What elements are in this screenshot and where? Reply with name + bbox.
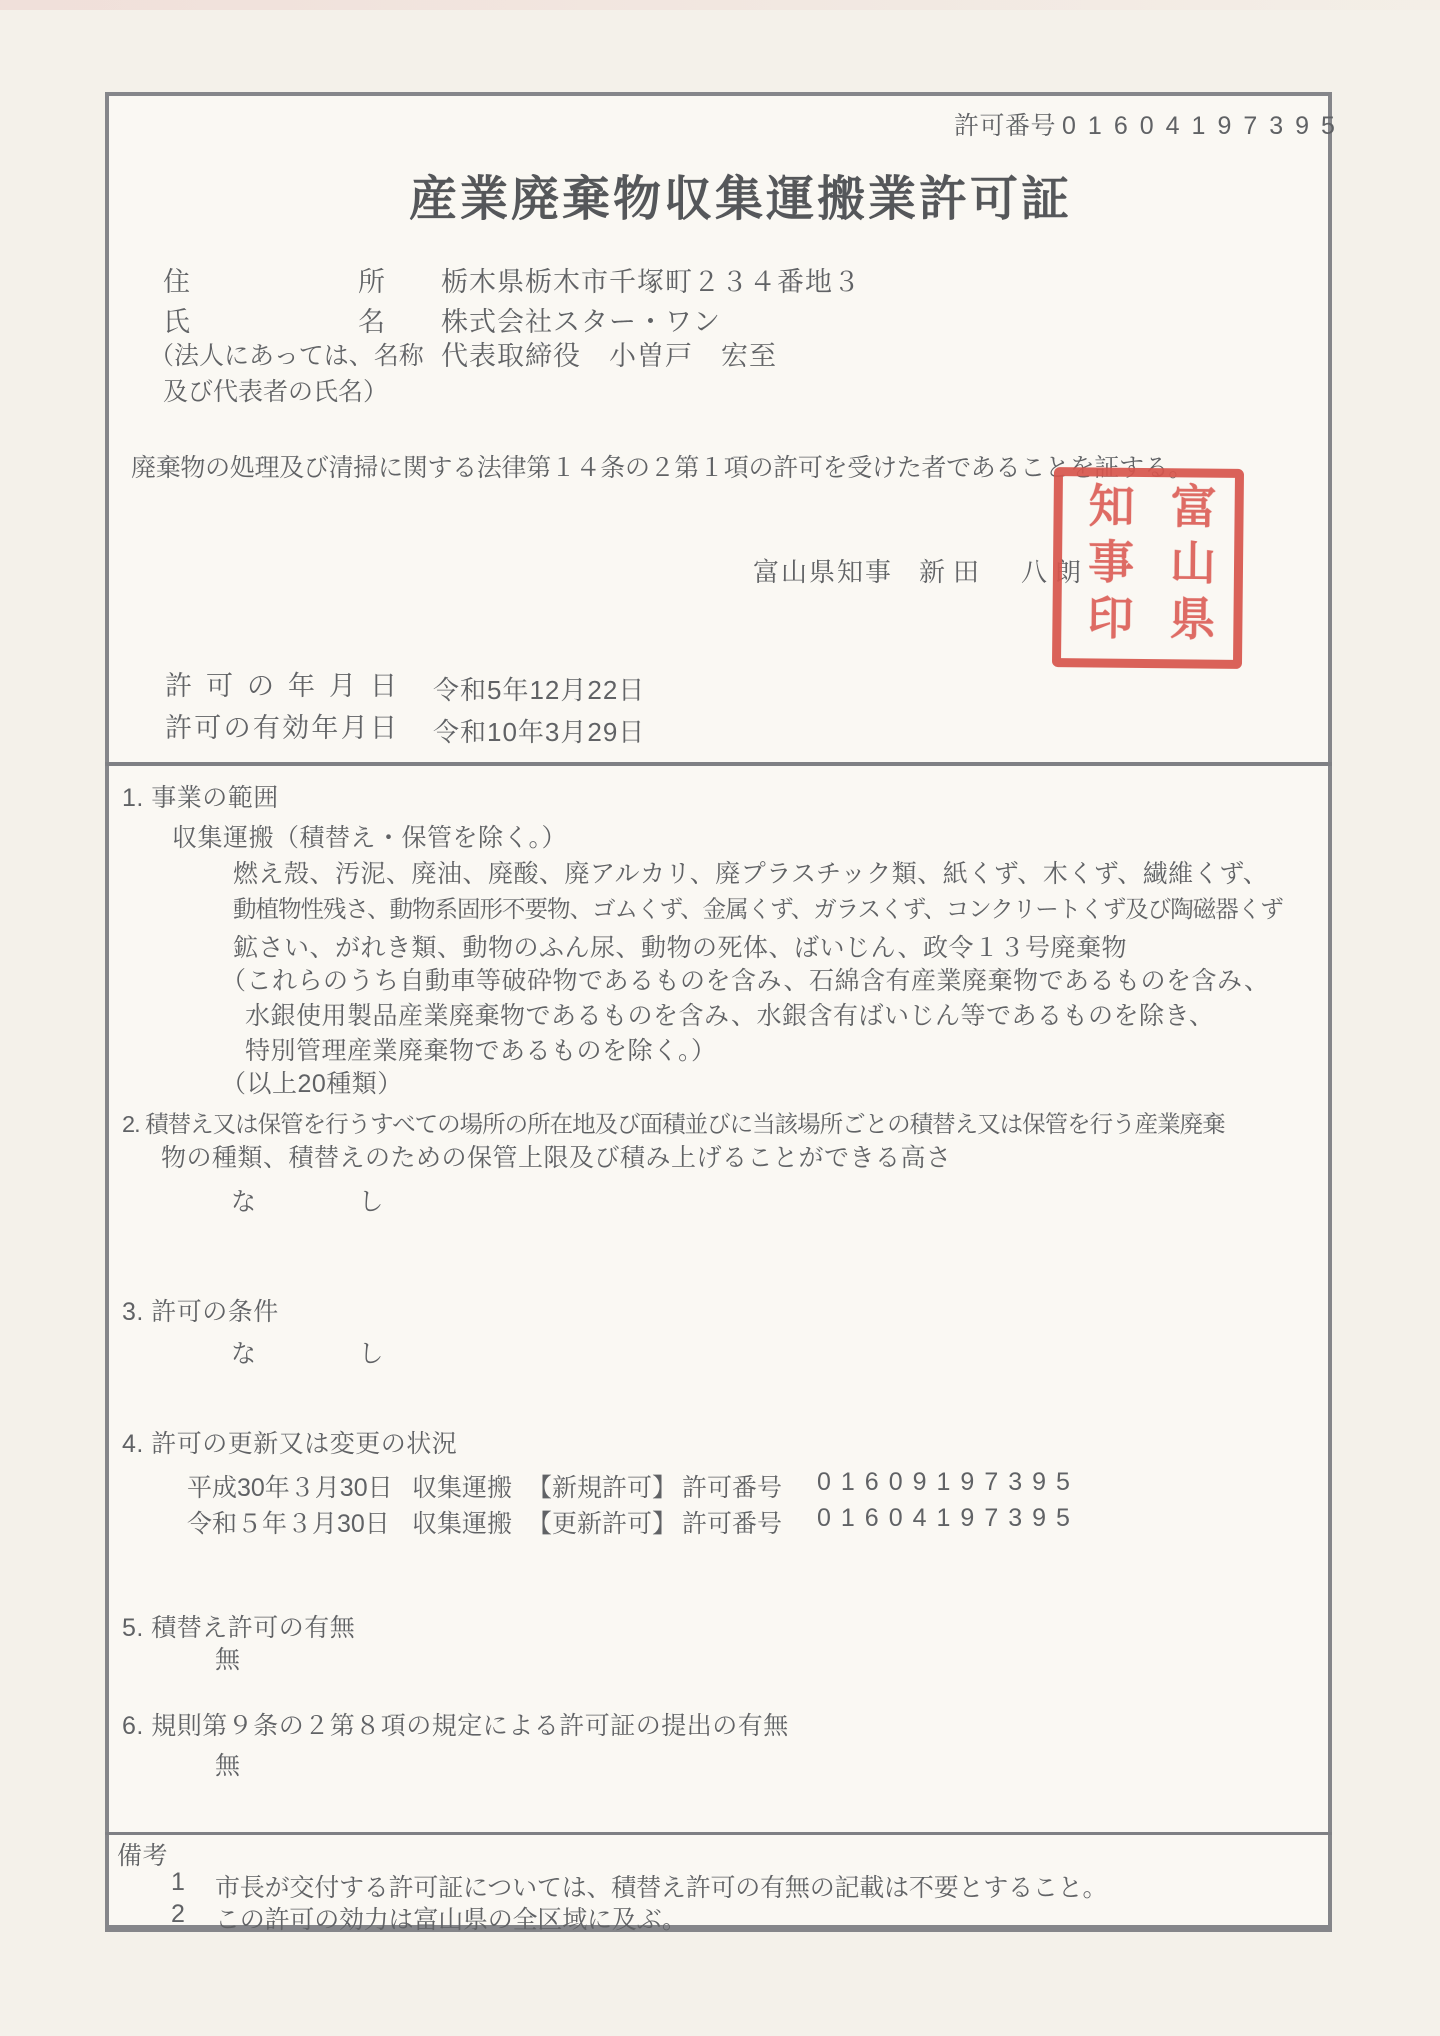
permit-number-line: 許可番号01604197395 [954,110,1347,142]
section1-subheading: 収集運搬（積替え・保管を除く。） [172,822,567,854]
corporate-note-line1: （法人にあっては、名称 [149,340,424,372]
history-kind: 【新規許可】 [527,1468,682,1504]
section3-value: な し [231,1338,384,1370]
corporate-note-line2: 及び代表者の氏名） [163,376,388,408]
seal-text: 富山県知事印 [1065,481,1231,655]
permit-number-label: 許可番号 [954,112,1056,140]
section1-item-line: 動植物性残さ、動物系固形不要物、ゴムくず、金属くず、ガラスくず、コンクリートくず… [233,893,1283,925]
section5-value: 無 [215,1644,241,1676]
section2-heading-line1: 2. 積替え又は保管を行うすべての場所の所在地及び面積並びに当該場所ごとの積替え… [122,1108,1225,1140]
certificate-document: 許可番号01604197395 産業廃棄物収集運搬業許可証 住所 栃木県栃木市千… [105,92,1332,1932]
history-permit-label: 許可番号 [682,1468,817,1504]
remarks-heading: 備考 [117,1840,168,1872]
section1-paren-line: 水銀使用製品産業廃棄物であるものを含み、水銀含有ばいじん等であるものを除き、 [245,1000,1215,1032]
representative-value: 代表取締役 小曽戸 宏至 [441,340,777,372]
remarks-divider [105,1832,1332,1835]
section5-heading: 5. 積替え許可の有無 [122,1612,355,1644]
section6-heading: 6. 規則第９条の２第８項の規定による許可証の提出の有無 [122,1710,789,1742]
section1-item-line: 鉱さい、がれき類、動物のふん尿、動物の死体、ばいじん、政令１３号廃棄物 [233,932,1127,964]
certification-statement: 廃棄物の処理及び清掃に関する法律第１４条の２第１項の許可を受けた者であることを証… [131,452,1193,484]
section2-value: な し [231,1186,384,1218]
history-date: 平成30年３月30日 [187,1468,412,1504]
grant-date-label: 許可の年月日 [165,670,397,702]
section1-item-line: 燃え殻、汚泥、廃油、廃酸、廃アルカリ、廃プラスチック類、紙くず、木くず、繊維くず… [233,858,1268,890]
remark-text: この許可の効力は富山県の全区域に及ぶ。 [215,1900,687,1936]
address-label: 住所 [163,266,385,298]
permit-history-row: 平成30年３月30日 収集運搬 【新規許可】 許可番号 01609197395 [187,1468,1080,1504]
history-category: 収集運搬 [412,1504,527,1540]
remark-number: 1 [171,1868,185,1897]
section1-paren-line: （これらのうち自動車等破砕物であるものを含み、石綿含有産業廃棄物であるものを含み… [221,965,1270,997]
section1-heading: 1. 事業の範囲 [122,782,279,814]
history-date: 令和５年３月30日 [187,1504,412,1540]
permit-history-row: 令和５年３月30日 収集運搬 【更新許可】 許可番号 01604197395 [187,1504,1080,1540]
section1-paren-line: 特別管理産業廃棄物であるものを除く。） [245,1035,717,1067]
governor-seal-stamp-icon: 富山県知事印 [1052,467,1244,669]
governor-line: 富山県知事新田 八朗 [753,556,1089,588]
section6-value: 無 [215,1750,241,1782]
history-permit-number: 01609197395 [817,1468,1080,1504]
name-value: 株式会社スター・ワン [441,306,721,338]
scanned-page: { "doc": { "permit_no_label": "許可番号", "p… [0,0,1440,2036]
history-permit-label: 許可番号 [682,1504,817,1540]
section1-paren-line: （以上20種類） [221,1068,403,1100]
name-label: 氏名 [163,306,385,338]
history-kind: 【更新許可】 [527,1504,682,1540]
remark-text: 市長が交付する許可証については、積替え許可の有無の記載は不要とすること。 [215,1868,1107,1904]
expiry-date-value: 令和10年3月29日 [433,712,645,749]
remark-number: 2 [171,1900,185,1929]
address-value: 栃木県栃木市千塚町２３４番地３ [441,266,861,298]
grant-date-value: 令和5年12月22日 [433,670,645,707]
permit-number-value: 01604197395 [1062,112,1347,140]
governor-title: 富山県知事 [753,557,893,587]
section4-heading: 4. 許可の更新又は変更の状況 [122,1428,457,1460]
expiry-date-label: 許可の有効年月日 [165,712,397,744]
scanner-edge-artifact [0,0,1440,10]
history-permit-number: 01604197395 [817,1504,1080,1540]
section2-heading-line2: 物の種類、積替えのための保管上限及び積み上げることができる高さ [161,1142,952,1174]
section3-heading: 3. 許可の条件 [122,1296,279,1328]
certificate-title: 産業廃棄物収集運搬業許可証 [409,174,1072,226]
history-category: 収集運搬 [412,1468,527,1504]
section-divider [105,762,1332,766]
